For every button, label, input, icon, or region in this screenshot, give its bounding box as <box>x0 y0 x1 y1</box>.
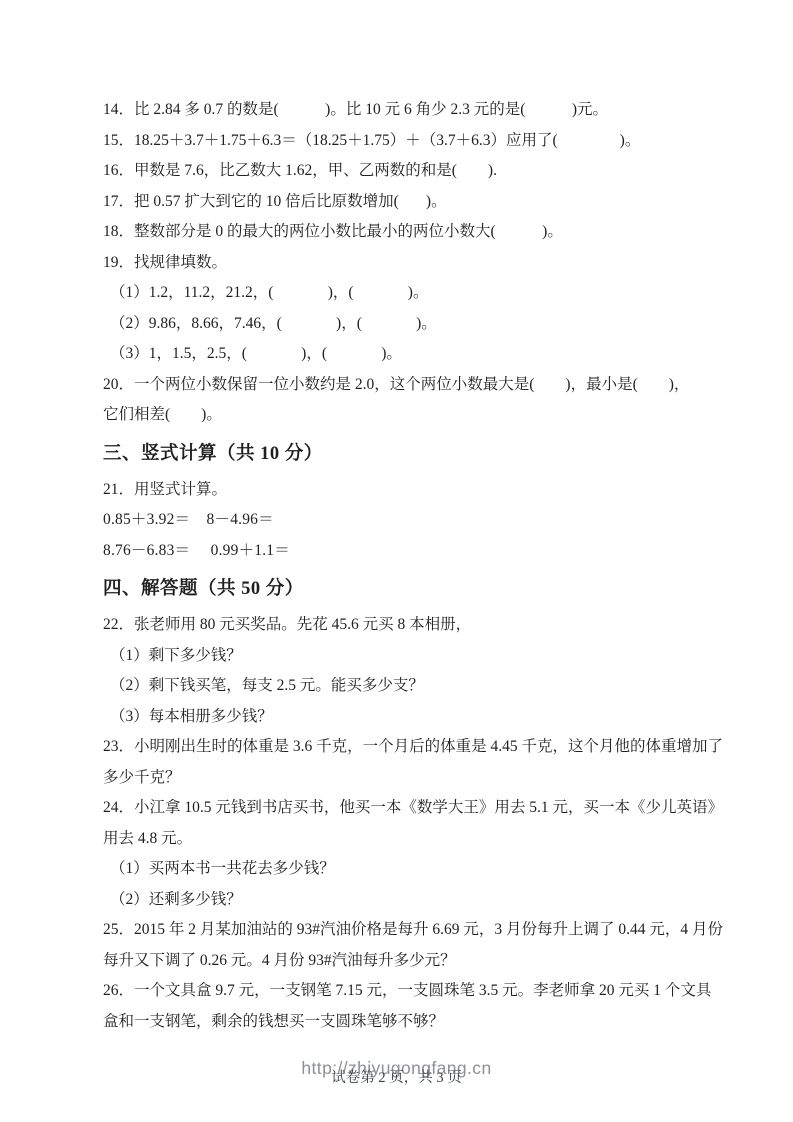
text-line: 18．整数部分是 0 的最大的两位小数比最小的两位小数大( )。 <box>103 217 763 248</box>
text-line: 22．张老师用 80 元买奖品。先花 45.6 元买 8 本相册， <box>103 610 763 641</box>
exam-page: 14．比 2.84 多 0.7 的数是( )。比 10 元 6 角少 2.3 元… <box>0 0 793 1122</box>
text-line: 它们相差( )。 <box>103 400 763 431</box>
page-footer: 试卷第 2 页，共 3 页 <box>0 1066 793 1087</box>
text-line: 每升又下调了 0.26 元。4 月份 93#汽油每升多少元？ <box>103 946 763 977</box>
text-line: （2）剩下钱买笔，每支 2.5 元。能买多少支？ <box>103 671 763 702</box>
text-line: （3）1，1.5，2.5，( )，( )。 <box>103 339 763 370</box>
text-line: （2）还剩多少钱？ <box>103 885 763 916</box>
text-line: 26．一个文具盒 9.7 元，一支钢笔 7.15 元，一支圆珠笔 3.5 元。李… <box>103 976 763 1007</box>
exam-content: 14．比 2.84 多 0.7 的数是( )。比 10 元 6 角少 2.3 元… <box>103 95 763 1037</box>
text-line: 23．小明刚出生时的体重是 3.6 千克，一个月后的体重是 4.45 千克，这个… <box>103 732 763 763</box>
text-line: 24．小江拿 10.5 元钱到书店买书，他买一本《数学大王》用去 5.1 元，买… <box>103 793 763 824</box>
section-heading: 三、竖式计算（共 10 分） <box>103 438 763 470</box>
text-line: （3）每本相册多少钱？ <box>103 702 763 733</box>
text-line: 0.85＋3.92＝ 8－4.96＝ <box>103 505 763 536</box>
text-line: 25．2015 年 2 月某加油站的 93#汽油价格是每升 6.69 元，3 月… <box>103 915 763 946</box>
text-line: 多少千克？ <box>103 763 763 794</box>
text-line: （1）买两本书一共花去多少钱？ <box>103 854 763 885</box>
text-line: 14．比 2.84 多 0.7 的数是( )。比 10 元 6 角少 2.3 元… <box>103 95 763 126</box>
text-line: 用去 4.8 元。 <box>103 824 763 855</box>
text-line: 16．甲数是 7.6，比乙数大 1.62，甲、乙两数的和是( ). <box>103 156 763 187</box>
text-line: 15．18.25＋3.7＋1.75＋6.3＝（18.25＋1.75）＋（3.7＋… <box>103 126 763 157</box>
text-line: 8.76－6.83＝ 0.99＋1.1＝ <box>103 536 763 567</box>
text-line: 盒和一支钢笔，剩余的钱想买一支圆珠笔够不够？ <box>103 1007 763 1038</box>
text-line: （1）1.2，11.2，21.2，( )，( )。 <box>103 278 763 309</box>
text-line: 21．用竖式计算。 <box>103 475 763 506</box>
text-line: 17．把 0.57 扩大到它的 10 倍后比原数增加( )。 <box>103 187 763 218</box>
text-line: 20．一个两位小数保留一位小数约是 2.0，这个两位小数最大是( )，最小是( … <box>103 370 763 401</box>
text-line: （2）9.86，8.66，7.46，( )，( )。 <box>103 309 763 340</box>
text-line: 19．找规律填数。 <box>103 248 763 279</box>
section-heading: 四、解答题（共 50 分） <box>103 573 763 605</box>
text-line: （1）剩下多少钱？ <box>103 641 763 672</box>
